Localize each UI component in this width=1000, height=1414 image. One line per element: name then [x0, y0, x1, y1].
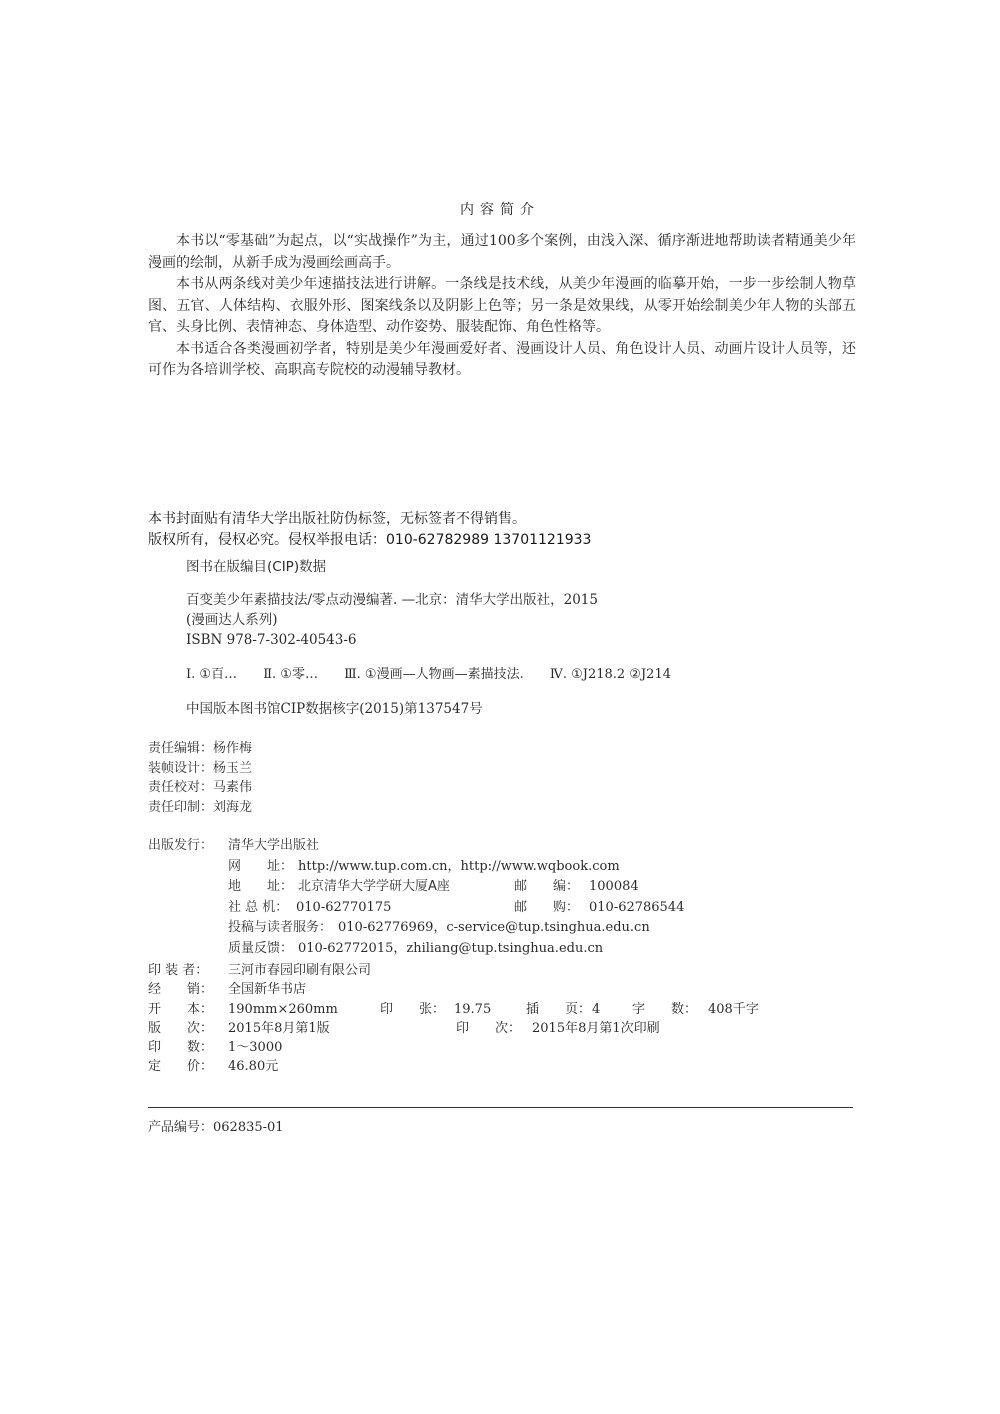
- impression-value: 2015年8月第1次印刷: [532, 1019, 660, 1038]
- classification-item: Ⅰ. ①百…: [186, 667, 237, 682]
- inserts-label: 插 页：: [526, 1000, 591, 1019]
- cip-isbn-line: ISBN 978-7-302-40543-6: [186, 630, 598, 650]
- address-label: 地 址：: [228, 877, 293, 898]
- feedback-label: 质量反馈：: [228, 939, 293, 960]
- format-label: 开 本：: [148, 1000, 213, 1019]
- classification-item: Ⅲ. ①漫画—人物画—素描技法.: [344, 667, 524, 682]
- divider-line: [148, 1107, 853, 1108]
- summary-text: 本书以“零基础”为起点，以“实战操作”为主，通过100多个案例，由浅入深、循序渐…: [148, 231, 856, 382]
- print-run-label: 印 数：: [148, 1038, 213, 1057]
- anti-counterfeit-notice: 本书封面贴有清华大学出版社防伪标签，无标签者不得销售。: [148, 509, 591, 530]
- format-value: 190mm×260mm: [228, 1000, 338, 1019]
- summary-title: 内容简介: [0, 199, 1000, 219]
- postcode-label: 邮 编：: [514, 877, 579, 898]
- staff-row-editor: 责任编辑：杨作梅: [148, 739, 252, 759]
- sheets-value: 19.75: [454, 1000, 491, 1019]
- copyright-line: 版权所有，侵权必究。侵权举报电话：010-62782989 1370112193…: [148, 530, 591, 551]
- product-code-label: 产品编号：: [148, 1120, 213, 1135]
- publisher-name: 清华大学出版社: [228, 836, 319, 857]
- website-value: http://www.tup.com.cn，http://www.wqbook.…: [298, 857, 620, 878]
- staff-list: 责任编辑：杨作梅 装帧设计：杨玉兰 责任校对：马素伟 责任印制：刘海龙: [148, 739, 252, 817]
- staff-row-proofreader: 责任校对：马素伟: [148, 778, 252, 798]
- staff-role: 装帧设计：: [148, 761, 213, 776]
- words-label: 字 数：: [632, 1000, 697, 1019]
- words-value: 408千字: [708, 1000, 759, 1019]
- distributor-value: 全国新华书店: [228, 980, 306, 999]
- inserts-value: 4: [592, 1000, 600, 1019]
- summary-paragraph: 本书以“零基础”为起点，以“实战操作”为主，通过100多个案例，由浅入深、循序渐…: [148, 231, 856, 274]
- impression-label: 印 次：: [456, 1019, 521, 1038]
- product-code-value: 062835-01: [213, 1120, 284, 1135]
- mail-order-value: 010-62786544: [589, 898, 684, 919]
- print-run-value: 1～3000: [228, 1038, 282, 1057]
- cip-series-line: (漫画达人系列): [186, 610, 598, 630]
- sheets-label: 印 张：: [380, 1000, 445, 1019]
- printer-label: 印 装 者：: [148, 961, 208, 980]
- summary-paragraph: 本书适合各类漫画初学者，特别是美少年漫画爱好者、漫画设计人员、角色设计人员、动画…: [148, 339, 856, 382]
- copyright-notice: 本书封面贴有清华大学出版社防伪标签，无标签者不得销售。 版权所有，侵权必究。侵权…: [148, 509, 591, 551]
- edition-value: 2015年8月第1版: [228, 1019, 330, 1038]
- staff-name: 刘海龙: [213, 800, 252, 815]
- staff-role: 责任校对：: [148, 780, 213, 795]
- switchboard-value: 010-62770175: [296, 898, 391, 919]
- staff-name: 杨玉兰: [213, 761, 252, 776]
- switchboard-label: 社 总 机：: [228, 898, 288, 919]
- staff-row-designer: 装帧设计：杨玉兰: [148, 759, 252, 779]
- printer-value: 三河市春园印刷有限公司: [228, 961, 371, 980]
- summary-paragraph: 本书从两条线对美少年速描技法进行讲解。一条线是技术线，从美少年漫画的临摹开始，一…: [148, 274, 856, 339]
- staff-role: 责任印制：: [148, 800, 213, 815]
- price-value: 46.80元: [228, 1057, 278, 1076]
- distributor-label: 经 销：: [148, 980, 213, 999]
- staff-role: 责任编辑：: [148, 741, 213, 756]
- product-code: 产品编号：062835-01: [148, 1116, 284, 1135]
- cip-heading: 图书在版编目(CIP)数据: [186, 555, 326, 575]
- staff-row-printing: 责任印制：刘海龙: [148, 798, 252, 818]
- classification-item: Ⅱ. ①零…: [263, 667, 318, 682]
- postcode-value: 100084: [589, 877, 639, 898]
- mail-order-label: 邮 购：: [514, 898, 579, 919]
- cip-title-line: 百变美少年素描技法/零点动漫编著. —北京：清华大学出版社，2015: [186, 590, 598, 610]
- website-label: 网 址：: [228, 857, 293, 878]
- edition-label: 版 次：: [148, 1019, 213, 1038]
- address-value: 北京清华大学学研大厦A座: [298, 877, 450, 898]
- publisher-label: 出版发行：: [148, 836, 213, 857]
- service-label: 投稿与读者服务：: [228, 918, 332, 939]
- service-value: 010-62776969，c-service@tup.tsinghua.edu.…: [338, 918, 650, 939]
- classification-item: Ⅳ. ①J218.2 ②J214: [550, 667, 671, 682]
- cip-classification: Ⅰ. ①百… Ⅱ. ①零… Ⅲ. ①漫画—人物画—素描技法. Ⅳ. ①J218.…: [186, 663, 693, 682]
- staff-name: 杨作梅: [213, 741, 252, 756]
- cip-number: 中国版本图书馆CIP数据核字(2015)第137547号: [186, 697, 483, 717]
- price-label: 定 价：: [148, 1057, 213, 1076]
- feedback-value: 010-62772015，zhiliang@tup.tsinghua.edu.c…: [298, 939, 603, 960]
- staff-name: 马素伟: [213, 780, 252, 795]
- cip-record: 百变美少年素描技法/零点动漫编著. —北京：清华大学出版社，2015 (漫画达人…: [186, 590, 598, 650]
